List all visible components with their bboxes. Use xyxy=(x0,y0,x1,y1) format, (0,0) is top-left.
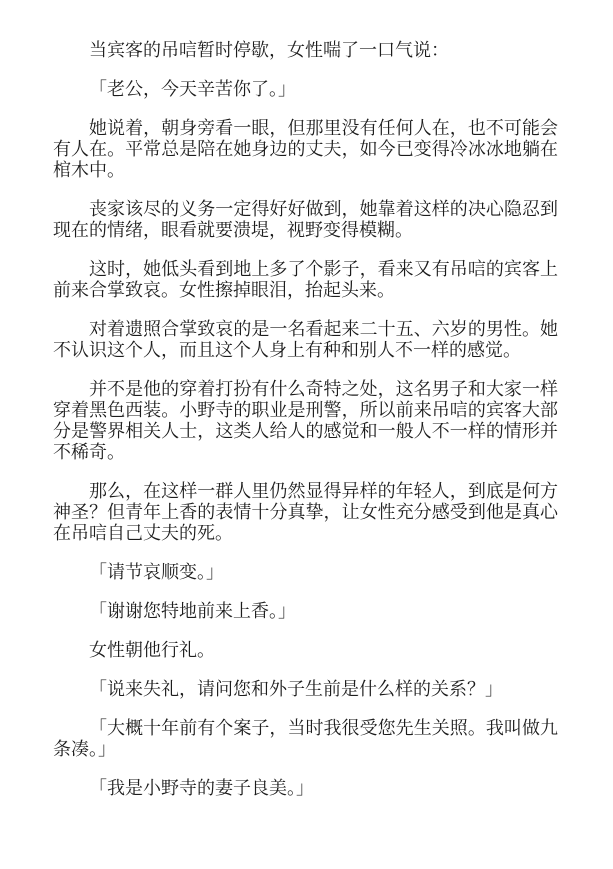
novel-text-block: 当宾客的吊唁暂时停歇，女性喘了一口气说： 「老公，今天辛苦你了。」 她说着，朝身… xyxy=(53,40,558,799)
book-page: 当宾客的吊唁暂时停歇，女性喘了一口气说： 「老公，今天辛苦你了。」 她说着，朝身… xyxy=(0,0,613,869)
paragraph-narration: 那么，在这样一群人里仍然显得异样的年轻人，到底是何方神圣？但青年上香的表情十分真… xyxy=(53,481,558,544)
paragraph-narration: 女性朝他行礼。 xyxy=(53,640,558,661)
paragraph-narration: 并不是他的穿着打扮有什么奇特之处，这名男子和大家一样穿着黑色西装。小野寺的职业是… xyxy=(53,379,558,463)
paragraph-narration: 丧家该尽的义务一定得好好做到，她靠着这样的决心隐忍到现在的情绪，眼看就要溃堤，视… xyxy=(53,199,558,241)
paragraph-narration: 她说着，朝身旁看一眼，但那里没有任何人在，也不可能会有人在。平常总是陪在她身边的… xyxy=(53,118,558,181)
paragraph-narration: 对着遗照合掌致哀的是一名看起来二十五、六岁的男性。她不认识这个人，而且这个人身上… xyxy=(53,319,558,361)
paragraph-narration: 当宾客的吊唁暂时停歇，女性喘了一口气说： xyxy=(53,40,558,61)
paragraph-dialogue: 「老公，今天辛苦你了。」 xyxy=(53,79,558,100)
paragraph-dialogue: 「谢谢您特地前来上香。」 xyxy=(53,601,558,622)
paragraph-dialogue: 「请节哀顺变。」 xyxy=(53,562,558,583)
paragraph-dialogue: 「我是小野寺的妻子良美。」 xyxy=(53,778,558,799)
paragraph-narration: 这时，她低头看到地上多了个影子，看来又有吊唁的宾客上前来合掌致哀。女性擦掉眼泪，… xyxy=(53,259,558,301)
paragraph-dialogue: 「大概十年前有个案子，当时我很受您先生关照。我叫做九条凑。」 xyxy=(53,718,558,760)
paragraph-dialogue: 「说来失礼，请问您和外子生前是什么样的关系？」 xyxy=(53,679,558,700)
